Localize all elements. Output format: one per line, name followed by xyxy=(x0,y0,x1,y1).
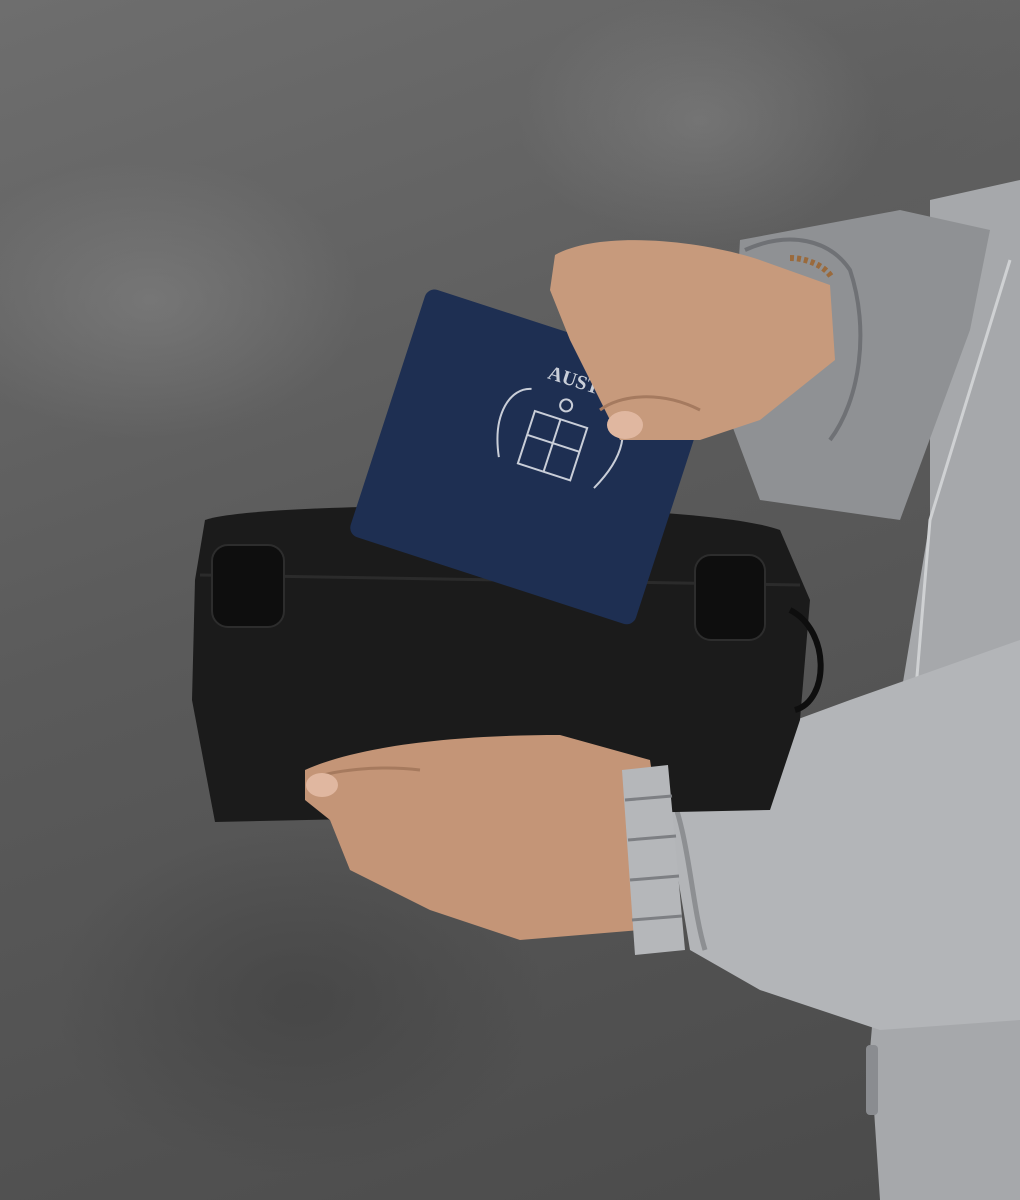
lower-hand xyxy=(305,735,665,940)
zipper-pull-icon xyxy=(866,1045,878,1115)
photo-illustration: AUSTRALIA xyxy=(0,0,1020,1200)
photo-scene: AUSTRALIA xyxy=(0,0,1020,1200)
strap-clip-right-icon xyxy=(695,555,765,640)
strap-clip-left-icon xyxy=(212,545,284,627)
